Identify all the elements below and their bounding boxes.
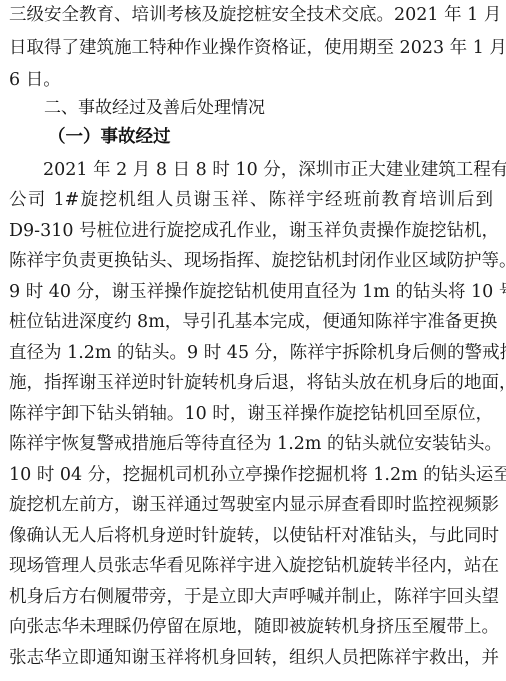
body-line-13: 像确认无人后将机身逆时针旋转，以使钻杆对准钻头，与此同时 (9, 525, 493, 547)
body-line-15: 机身后方右侧履带旁，于是立即大声呼喊并制止，陈祥宇回头望 (9, 586, 493, 608)
body-line-10: 陈祥宇恢复警戒措施后等待直径为 1.2m 的钻头就位安装钻头。 (9, 433, 493, 455)
body-line-9: 陈祥宇卸下钻头销轴。10 时，谢玉祥操作旋挖钻机回至原位， (9, 403, 493, 425)
body-line-17: 张志华立即通知谢玉祥将机身回转，组织人员把陈祥宇救出，并 (9, 647, 493, 669)
body-line-4: 陈祥宇负责更换钻头、现场指挥、旋挖钻机封闭作业区域防护等。 (9, 250, 493, 272)
body-line-14: 现场管理人员张志华看见陈祥宇进入旋挖钻机旋转半径内，站在 (9, 555, 493, 577)
intro-line-2: 日取得了建筑施工特种作业操作资格证，使用期至 2023 年 1 月 (9, 37, 493, 59)
body-line-11: 10 时 04 分，挖掘机司机孙立亭操作挖掘机将 1.2m 的钻头运至 (9, 464, 493, 486)
body-line-3: D9-310 号桩位进行旋挖成孔作业，谢玉祥负责操作旋挖钻机， (9, 220, 493, 242)
document-page: 三级安全教育、培训考核及旋挖桩安全技术交底。2021 年 1 月 7 日取得了建… (0, 0, 506, 681)
body-line-12: 旋挖机左前方，谢玉祥通过驾驶室内显示屏查看即时监控视频影 (9, 494, 493, 516)
body-line-6: 桩位钻进深度约 8m，导引孔基本完成，便通知陈祥宇准备更换 (9, 311, 493, 333)
body-line-1: 2021 年 2 月 8 日 8 时 10 分，深圳市正大建业建筑工程有限 (43, 159, 493, 181)
intro-line-1: 三级安全教育、培训考核及旋挖桩安全技术交底。2021 年 1 月 7 (9, 4, 493, 26)
intro-line-3: 6 日。 (9, 69, 493, 91)
body-line-2: 公司 1#旋挖机组人员谢玉祥、陈祥宇经班前教育培训后到 (9, 189, 493, 211)
section-heading: 二、事故经过及善后处理情况 (44, 97, 265, 119)
body-line-8: 施，指挥谢玉祥逆时针旋转机身后退，将钻头放在机身后的地面， (9, 372, 493, 394)
body-line-16: 向张志华未理睬仍停留在原地，随即被旋转机身挤压至履带上。 (9, 616, 493, 638)
body-line-7: 直径为 1.2m 的钻头。9 时 45 分，陈祥宇拆除机身后侧的警戒措 (9, 342, 493, 364)
body-line-5: 9 时 40 分，谢玉祥操作旋挖钻机使用直径为 1m 的钻头将 10 号 (9, 281, 493, 303)
subsection-heading: （一）事故经过 (48, 126, 171, 148)
